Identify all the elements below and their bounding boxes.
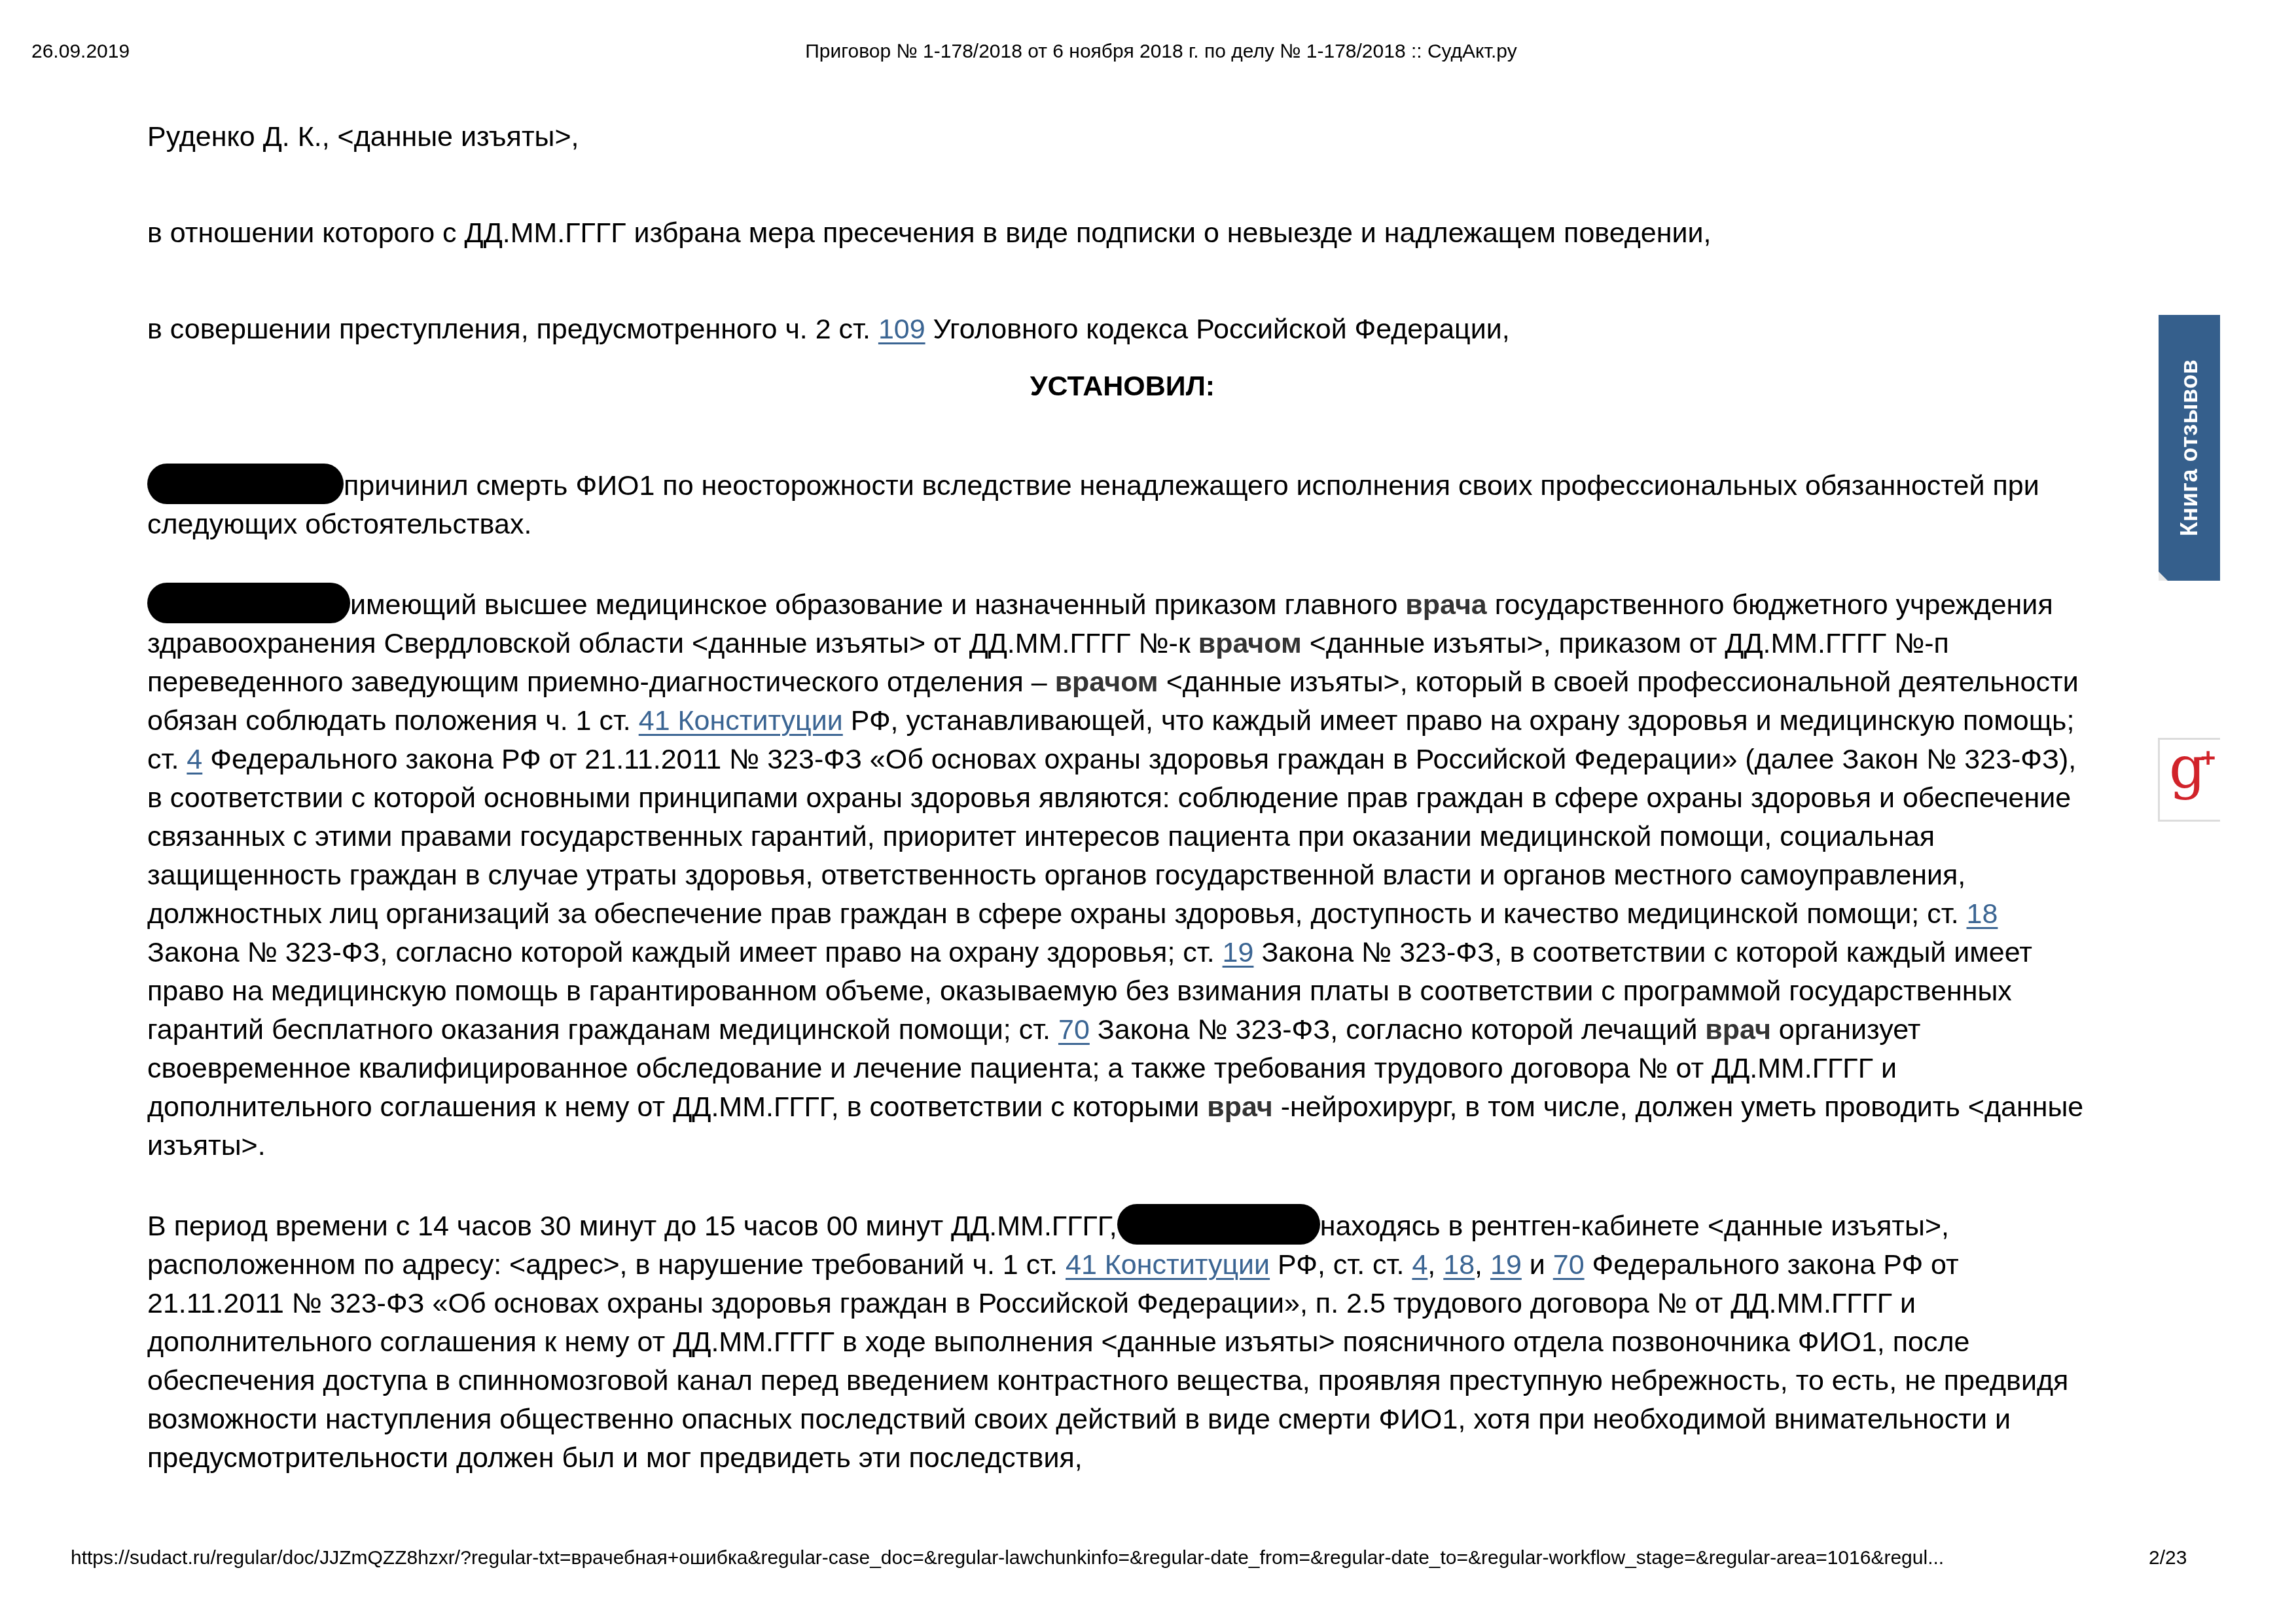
text: Уголовного кодекса Российской Федерации,: [925, 314, 1510, 345]
article-link-70[interactable]: 70: [1553, 1249, 1585, 1281]
feedback-book-label: Книга отзывов: [2176, 359, 2203, 537]
text: ,: [1427, 1249, 1443, 1281]
constitution-article-41-link[interactable]: 41 Конституции: [639, 705, 843, 737]
article-link-4[interactable]: 4: [187, 744, 202, 775]
page-title: Приговор № 1-178/2018 от 6 ноября 2018 г…: [0, 41, 2296, 63]
article-link-18[interactable]: 18: [1967, 898, 1998, 930]
defendant-paragraph: Руденко Д. К., <данные изъяты>,: [147, 118, 2098, 156]
text: Закона № 323-ФЗ, согласно которой лечащи…: [1090, 1014, 1706, 1046]
paragraph-incident: В период времени с 14 часов 30 минут до …: [147, 1204, 2098, 1478]
charge-paragraph: в совершении преступления, предусмотренн…: [147, 310, 2098, 349]
document-body: Руденко Д. К., <данные изъяты>, в отноше…: [147, 118, 2098, 1478]
text: имеющий высшее медицинское образование и…: [350, 589, 1405, 621]
constitution-article-41-link[interactable]: 41 Конституции: [1066, 1249, 1270, 1281]
text: в совершении преступления, предусмотренн…: [147, 314, 878, 345]
text: В период времени с 14 часов 30 минут до …: [147, 1211, 1117, 1242]
feedback-book-tab[interactable]: Книга отзывов: [2159, 315, 2220, 581]
text: Федерального закона РФ от 21.11.2011 № 3…: [147, 1249, 2068, 1474]
text: ,: [1475, 1249, 1490, 1281]
text: Закона № 323-ФЗ, согласно которой каждый…: [147, 937, 1223, 968]
text: причинил смерть ФИО1 по неосторожности в…: [147, 470, 2039, 540]
keyword-highlight: врача: [1405, 589, 1486, 621]
article-link-18[interactable]: 18: [1443, 1249, 1475, 1281]
paragraph-summary: причинил смерть ФИО1 по неосторожности в…: [147, 464, 2098, 544]
paragraph-duties: имеющий высшее медицинское образование и…: [147, 583, 2098, 1165]
article-link-19[interactable]: 19: [1223, 937, 1254, 968]
article-link-70[interactable]: 70: [1058, 1014, 1090, 1046]
plus-icon: +: [2200, 744, 2215, 773]
redaction-block: [147, 583, 350, 623]
article-link-19[interactable]: 19: [1490, 1249, 1522, 1281]
text: Федерального закона РФ от 21.11.2011 № 3…: [147, 744, 2076, 930]
redaction-block: [1117, 1204, 1320, 1245]
page-number: 2/23: [2149, 1547, 2187, 1569]
section-heading: УСТАНОВИЛ:: [147, 367, 2098, 406]
text: РФ, ст. ст.: [1270, 1249, 1412, 1281]
footer-url: https://sudact.ru/regular/doc/JJZmQZZ8hz…: [71, 1547, 1944, 1569]
keyword-highlight: врачом: [1055, 666, 1158, 698]
google-plus-button[interactable]: g +: [2158, 738, 2220, 822]
keyword-highlight: врач: [1705, 1014, 1771, 1046]
restraint-paragraph: в отношении которого с ДД.ММ.ГГГГ избран…: [147, 214, 2098, 253]
article-link-4[interactable]: 4: [1412, 1249, 1427, 1281]
article-link-109[interactable]: 109: [878, 314, 925, 345]
redaction-block: [147, 464, 344, 504]
keyword-highlight: врач: [1207, 1091, 1273, 1123]
keyword-highlight: врачом: [1198, 628, 1302, 659]
text: и: [1522, 1249, 1553, 1281]
